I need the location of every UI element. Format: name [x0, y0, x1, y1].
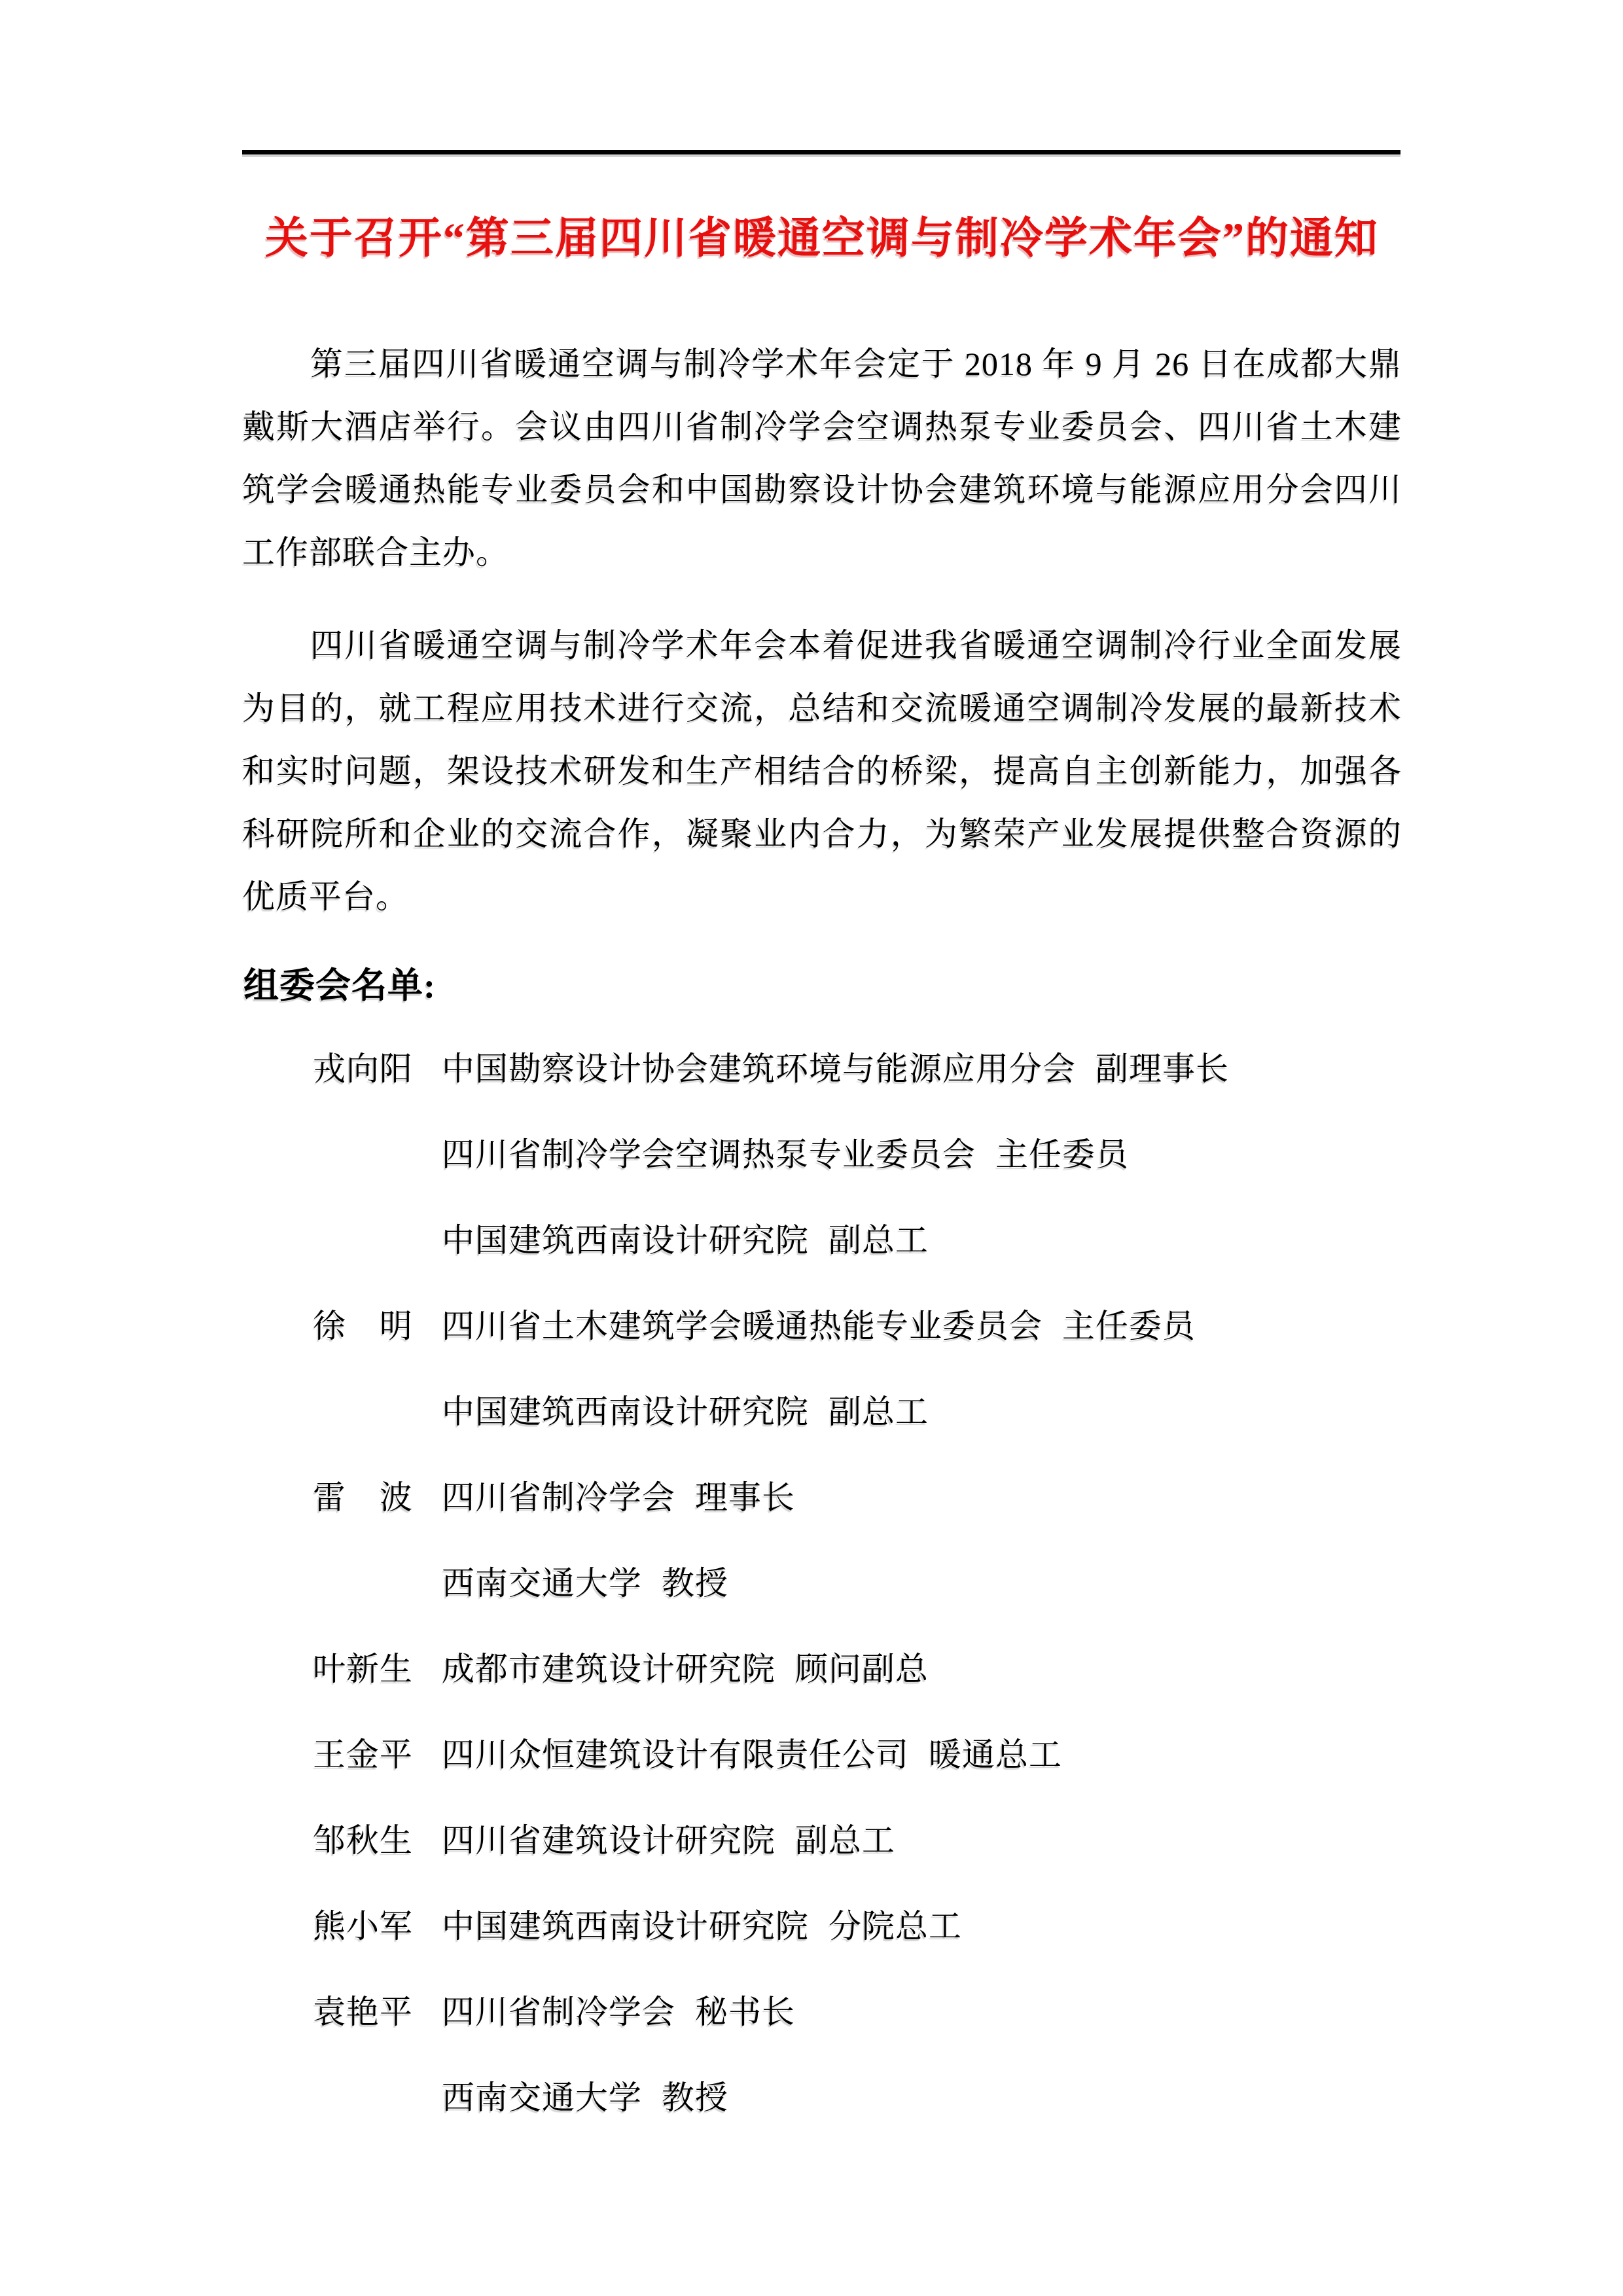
- committee-row: 西南交通大学教授: [242, 1541, 1402, 1626]
- member-role: 主任委员: [1062, 1308, 1196, 1344]
- member-org-line: 中国建筑西南设计研究院副总工: [442, 1198, 929, 1283]
- member-name: 邹秋生: [313, 1798, 413, 1884]
- member-org: 四川省建筑设计研究院: [442, 1822, 776, 1859]
- member-role: 主任委员: [995, 1136, 1129, 1173]
- member-role: 教授: [662, 1565, 728, 1602]
- member-org-line: 西南交通大学教授: [442, 2055, 728, 2141]
- member-org-line: 中国勘察设计协会建筑环境与能源应用分会副理事长: [442, 1026, 1229, 1112]
- member-org: 四川省制冷学会空调热泵专业委员会: [442, 1136, 976, 1173]
- member-role: 副总工: [795, 1822, 895, 1859]
- member-name: 王金平: [313, 1712, 413, 1798]
- committee-row: 雷 波 四川省制冷学会理事长: [242, 1455, 1402, 1541]
- member-org-line: 四川省制冷学会秘书长: [442, 1969, 795, 2055]
- committee-row: 叶新生 成都市建筑设计研究院顾问副总: [242, 1626, 1402, 1712]
- member-org-line: 四川省建筑设计研究院副总工: [442, 1798, 895, 1884]
- member-name: 叶新生: [313, 1626, 413, 1712]
- member-role: 副总工: [829, 1393, 929, 1430]
- member-role: 顾问副总: [795, 1651, 929, 1687]
- committee-row: 四川省制冷学会空调热泵专业委员会主任委员: [242, 1112, 1402, 1198]
- committee-row: 戎向阳 中国勘察设计协会建筑环境与能源应用分会副理事长: [242, 1026, 1402, 1112]
- member-org-line: 四川省土木建筑学会暖通热能专业委员会主任委员: [442, 1283, 1196, 1369]
- member-name: 雷 波: [313, 1455, 413, 1541]
- purpose-paragraph: 四川省暖通空调与制冷学术年会本着促进我省暖通空调制冷行业全面发展为目的，就工程应…: [242, 614, 1402, 928]
- member-org-line: 成都市建筑设计研究院顾问副总: [442, 1626, 929, 1712]
- committee-row: 中国建筑西南设计研究院副总工: [242, 1198, 1402, 1283]
- member-org: 四川省土木建筑学会暖通热能专业委员会: [442, 1308, 1043, 1344]
- member-role: 暖通总工: [929, 1736, 1062, 1773]
- member-org-line: 中国建筑西南设计研究院分院总工: [442, 1884, 962, 1969]
- member-org-line: 四川众恒建筑设计有限责任公司暖通总工: [442, 1712, 1062, 1798]
- committee-row: 邹秋生 四川省建筑设计研究院副总工: [242, 1798, 1402, 1884]
- document-page: 关于召开“第三届四川省暖通空调与制冷学术年会”的通知 第三届四川省暖通空调与制冷…: [0, 0, 1623, 2296]
- header-rule: [242, 150, 1400, 154]
- intro-paragraph: 第三届四川省暖通空调与制冷学术年会定于 2018 年 9 月 26 日在成都大鼎…: [242, 332, 1402, 584]
- committee-row: 中国建筑西南设计研究院副总工: [242, 1369, 1402, 1455]
- committee-row: 西南交通大学教授: [242, 2055, 1402, 2141]
- member-org: 中国建筑西南设计研究院: [442, 1222, 809, 1259]
- member-name: 徐 明: [313, 1283, 413, 1369]
- member-name: 熊小军: [313, 1884, 413, 1969]
- member-role: 秘书长: [695, 1994, 795, 2030]
- committee-heading: 组委会名单:: [243, 954, 436, 1017]
- committee-row: 徐 明 四川省土木建筑学会暖通热能专业委员会主任委员: [242, 1283, 1402, 1369]
- member-role: 教授: [662, 2079, 728, 2116]
- member-org: 西南交通大学: [442, 2079, 642, 2116]
- member-org-line: 四川省制冷学会空调热泵专业委员会主任委员: [442, 1112, 1129, 1198]
- committee-row: 王金平 四川众恒建筑设计有限责任公司暖通总工: [242, 1712, 1402, 1798]
- member-org: 成都市建筑设计研究院: [442, 1651, 776, 1687]
- member-org: 中国勘察设计协会建筑环境与能源应用分会: [442, 1050, 1076, 1087]
- member-org-line: 西南交通大学教授: [442, 1541, 728, 1626]
- document-title: 关于召开“第三届四川省暖通空调与制冷学术年会”的通知: [242, 211, 1402, 267]
- member-org: 四川众恒建筑设计有限责任公司: [442, 1736, 909, 1773]
- member-org: 四川省制冷学会: [442, 1994, 675, 2030]
- member-role: 副总工: [829, 1222, 929, 1259]
- member-name: 戎向阳: [313, 1026, 413, 1112]
- member-role: 副理事长: [1096, 1050, 1229, 1087]
- member-org: 中国建筑西南设计研究院: [442, 1908, 809, 1945]
- committee-row: 熊小军 中国建筑西南设计研究院分院总工: [242, 1884, 1402, 1969]
- member-org: 四川省制冷学会: [442, 1479, 675, 1516]
- member-org: 西南交通大学: [442, 1565, 642, 1602]
- member-org-line: 四川省制冷学会理事长: [442, 1455, 795, 1541]
- member-name: 袁艳平: [313, 1969, 413, 2055]
- committee-row: 袁艳平 四川省制冷学会秘书长: [242, 1969, 1402, 2055]
- committee-list: 戎向阳 中国勘察设计协会建筑环境与能源应用分会副理事长 四川省制冷学会空调热泵专…: [242, 1026, 1402, 2141]
- member-role: 分院总工: [829, 1908, 962, 1945]
- member-org-line: 中国建筑西南设计研究院副总工: [442, 1369, 929, 1455]
- member-org: 中国建筑西南设计研究院: [442, 1393, 809, 1430]
- member-role: 理事长: [695, 1479, 795, 1516]
